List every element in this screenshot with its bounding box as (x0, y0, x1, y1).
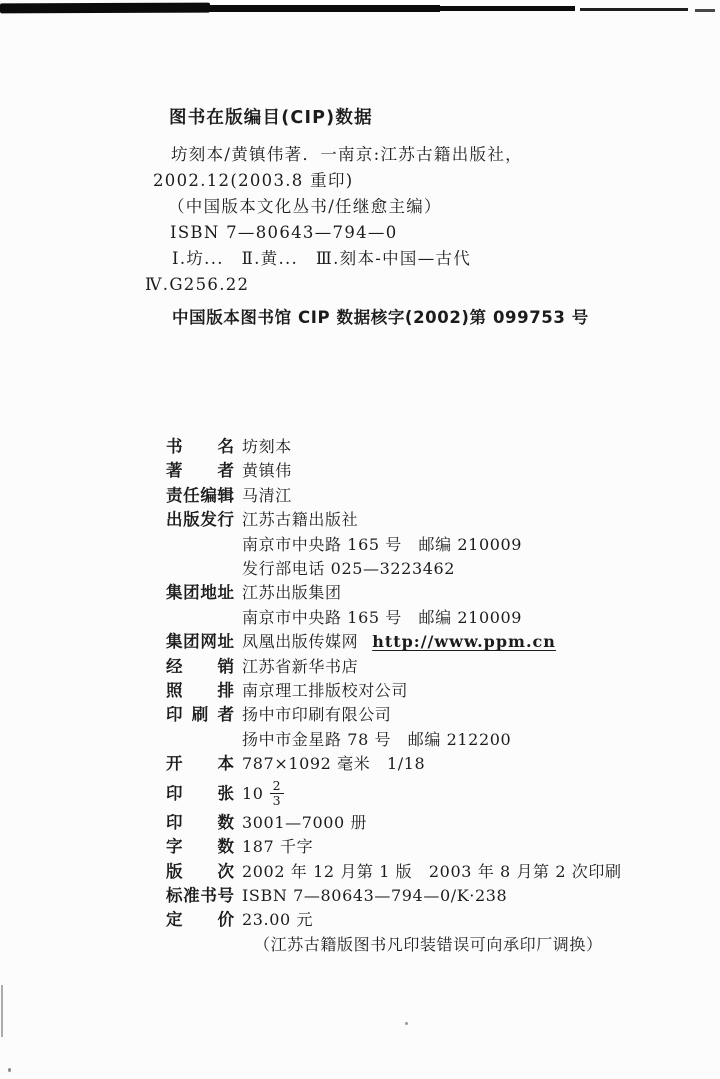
cip-line-title-statement: 坊刻本/黄镇伟著．一南京:江苏古籍出版社， (145, 142, 585, 168)
field-value: ISBN 7—80643—794—0/K·238 (242, 884, 507, 908)
field-value: 凤凰出版传媒网 (242, 630, 358, 654)
scan-artifact-top-bar (580, 8, 688, 11)
cip-heading: 图书在版编目(CIP)数据 (145, 106, 585, 130)
field-label: 书名 (166, 435, 234, 459)
scan-artifact-top-bar (695, 9, 715, 12)
field-value: 2002 年 12 月第 1 版 2003 年 8 月第 2 次印刷 (242, 860, 622, 884)
field-value: 南京市中央路 165 号 邮编 210009 (242, 533, 522, 557)
field-value: 南京理工排版校对公司 (242, 679, 408, 703)
field-value: 23.00 元 (242, 908, 313, 932)
field-value: 10 2 3 (242, 777, 284, 811)
scan-artifact-top-bar (150, 5, 440, 12)
field-label: 印张 (166, 777, 234, 811)
colophon-row-printer: 印刷者 扬中市印刷有限公司 (166, 703, 666, 727)
cip-line-series-statement: （中国版本文化丛书/任继愈主编） (145, 194, 585, 220)
field-label: 著者 (166, 459, 234, 483)
cip-line-publication-date: 2002.12(2003.8 重印) (145, 168, 585, 194)
scan-artifact-speck (8, 1068, 11, 1072)
field-value: 3001—7000 册 (242, 811, 367, 835)
colophon-row-publisher: 出版发行 江苏古籍出版社 (166, 508, 666, 532)
sheets-fraction: 2 3 (270, 779, 285, 808)
field-value: 黄镇伟 (242, 459, 292, 483)
colophon-row-group-website: 集团网址 凤凰出版传媒网 http://www.ppm.cn (166, 630, 666, 654)
field-value: 787×1092 毫米 1/18 (242, 752, 425, 776)
colophon-row-typesetter: 照排 南京理工排版校对公司 (166, 679, 666, 703)
colophon-row-format: 开本 787×1092 毫米 1/18 (166, 752, 666, 776)
field-label: 经销 (166, 655, 234, 679)
sheets-whole-number: 10 (242, 777, 264, 811)
colophon-row-edition: 版次 2002 年 12 月第 1 版 2003 年 8 月第 2 次印刷 (166, 860, 666, 884)
colophon-row-editor: 责任编辑 马清江 (166, 484, 666, 508)
colophon-row-printed-sheets: 印张 10 2 3 (166, 777, 666, 811)
field-value: 江苏省新华书店 (242, 655, 358, 679)
fraction-denominator: 3 (270, 793, 285, 808)
colophon-block: 书名 坊刻本 著者 黄镇伟 责任编辑 马清江 出版发行 江苏古籍出版社 南京市中… (166, 435, 666, 957)
field-label: 定价 (166, 908, 234, 932)
colophon-row-publisher-address: 南京市中央路 165 号 邮编 210009 (166, 533, 666, 557)
cip-record-number: 中国版本图书馆 CIP 数据核字(2002)第 099753 号 (145, 306, 585, 330)
field-value: 扬中市金星路 78 号 邮编 212200 (242, 728, 511, 752)
field-label: 集团地址 (166, 581, 234, 605)
cip-data-block: 图书在版编目(CIP)数据 坊刻本/黄镇伟著．一南京:江苏古籍出版社， 2002… (145, 106, 585, 330)
colophon-row-exchange-note: （江苏古籍版图书凡印装错误可向承印厂调换） (166, 933, 666, 957)
field-value: 江苏古籍出版社 (242, 508, 358, 532)
publisher-url: http://www.ppm.cn (372, 630, 556, 654)
colophon-row-author: 著者 黄镇伟 (166, 459, 666, 483)
field-value: （江苏古籍版图书凡印装错误可向承印厂调换） (242, 933, 603, 957)
colophon-row-standard-book-number: 标准书号 ISBN 7—80643—794—0/K·238 (166, 884, 666, 908)
colophon-row-book-title: 书名 坊刻本 (166, 435, 666, 459)
field-label: 版次 (166, 860, 234, 884)
cip-line-classification: Ⅰ.坊... Ⅱ.黄... Ⅲ.刻本-中国—古代 (145, 246, 585, 272)
colophon-row-sales-phone: 发行部电话 025—3223462 (166, 557, 666, 581)
colophon-row-price: 定价 23.00 元 (166, 908, 666, 932)
field-label: 照排 (166, 679, 234, 703)
field-value: 马清江 (242, 484, 292, 508)
colophon-row-print-run: 印数 3001—7000 册 (166, 811, 666, 835)
field-label: 责任编辑 (166, 484, 234, 508)
field-value: 南京市中央路 165 号 邮编 210009 (242, 606, 522, 630)
field-label: 字数 (166, 835, 234, 859)
field-value: 发行部电话 025—3223462 (242, 557, 455, 581)
field-value: 江苏出版集团 (242, 581, 342, 605)
field-label: 开本 (166, 752, 234, 776)
field-value: 187 千字 (242, 835, 313, 859)
cip-line-class-number: Ⅳ.G256.22 (145, 272, 585, 298)
field-label: 出版发行 (166, 508, 234, 532)
field-label: 印数 (166, 811, 234, 835)
cip-line-isbn: ISBN 7—80643—794—0 (145, 220, 585, 246)
field-label: 印刷者 (166, 703, 234, 727)
field-label: 标准书号 (166, 884, 234, 908)
scan-artifact-speck (405, 1022, 408, 1025)
colophon-row-distributor: 经销 江苏省新华书店 (166, 655, 666, 679)
colophon-row-printer-address: 扬中市金星路 78 号 邮编 212200 (166, 728, 666, 752)
colophon-row-group-address: 集团地址 江苏出版集团 (166, 581, 666, 605)
colophon-row-word-count: 字数 187 千字 (166, 835, 666, 859)
field-label: 集团网址 (166, 630, 234, 654)
book-copyright-page: 图书在版编目(CIP)数据 坊刻本/黄镇伟著．一南京:江苏古籍出版社， 2002… (0, 0, 720, 1079)
scan-artifact-edge-line (1, 985, 3, 1037)
scan-artifact-top-bar (425, 6, 575, 11)
field-value: 扬中市印刷有限公司 (242, 703, 391, 727)
field-value: 坊刻本 (242, 435, 292, 459)
colophon-row-group-street: 南京市中央路 165 号 邮编 210009 (166, 606, 666, 630)
fraction-numerator: 2 (273, 779, 282, 793)
